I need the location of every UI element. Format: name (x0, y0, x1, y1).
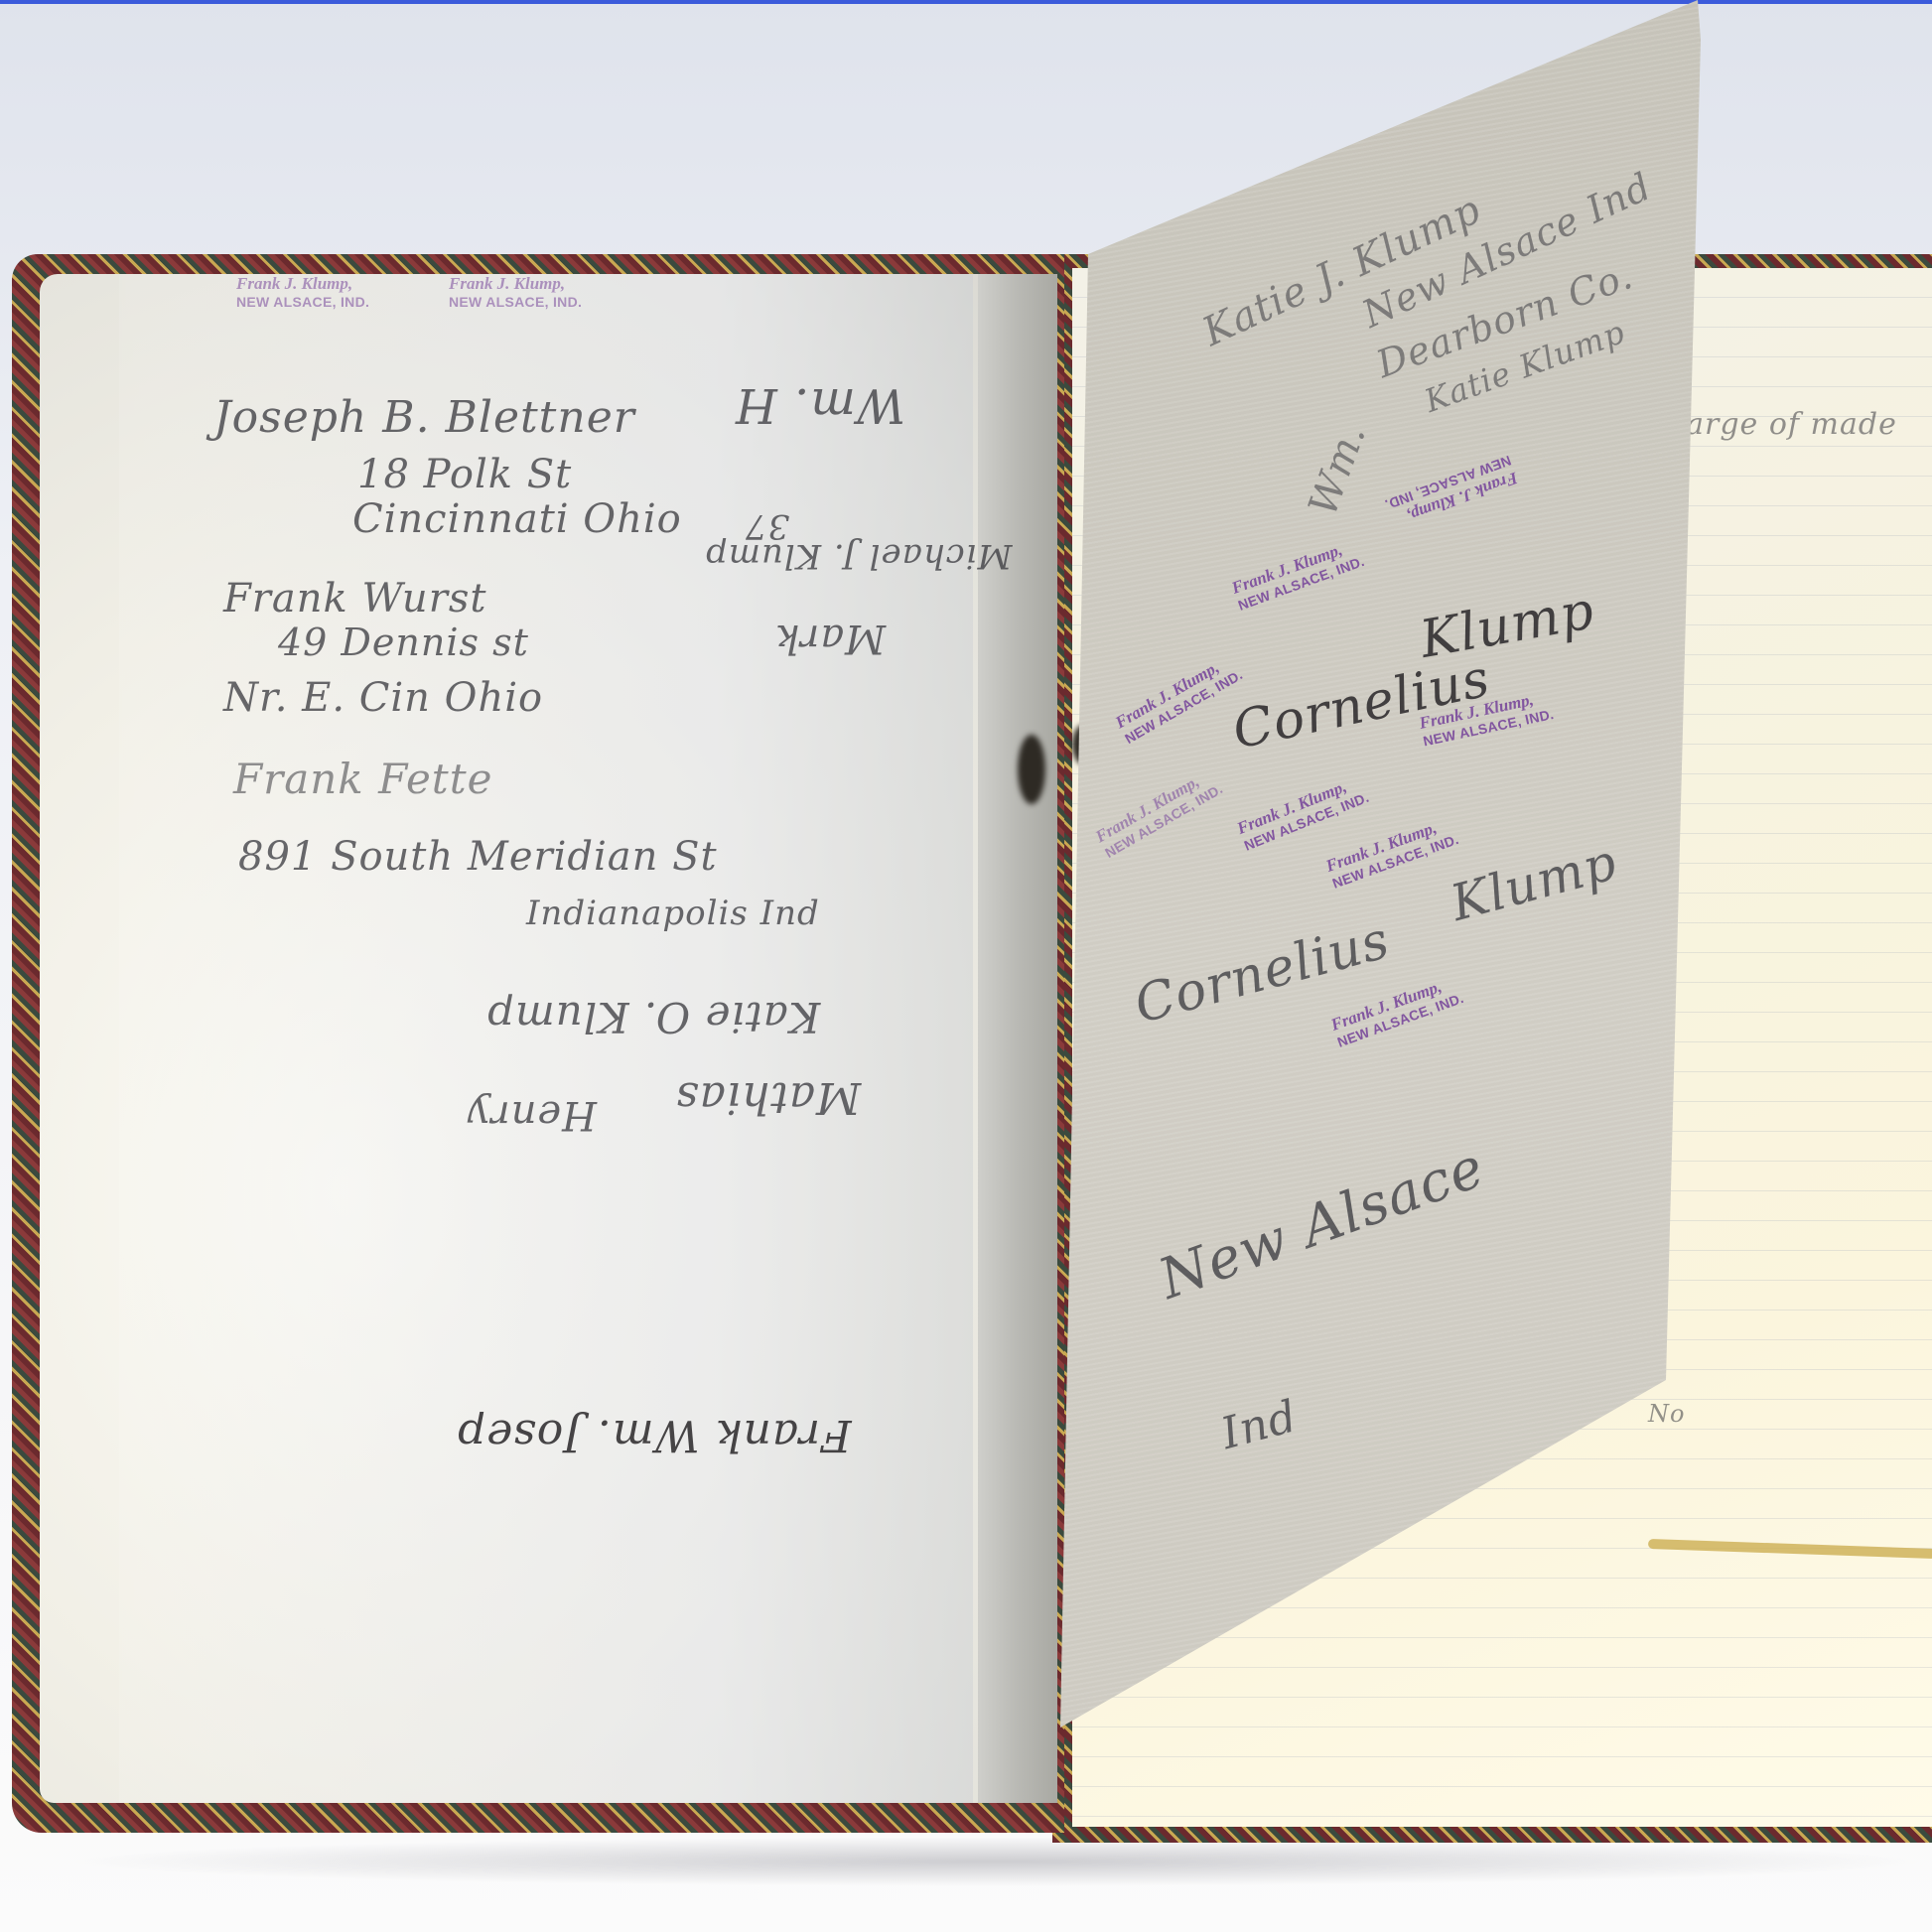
upside-down-signature: Frank Wm. Josep (457, 1410, 852, 1460)
handwritten-entry: Frank Wurst (223, 576, 486, 621)
gutter-strip (978, 274, 1057, 1803)
stamp-left-2: Frank J. Klump, NEW ALSACE, IND. (449, 274, 582, 310)
handwritten-entry: Nr. E. Cin Ohio (223, 675, 543, 721)
handwritten-entry: 18 Polk St (357, 452, 572, 497)
upside-down-signature: Mathias (675, 1072, 861, 1123)
upside-down-signature: Katie O. Klump (486, 993, 820, 1041)
stamp-left-1: Frank J. Klump, NEW ALSACE, IND. (236, 274, 369, 310)
handwritten-entry: Frank Fette (233, 755, 492, 803)
book-shadow (60, 1837, 1932, 1886)
upside-down-signature: Mark (774, 616, 886, 661)
upside-down-signature: Henry (467, 1092, 597, 1138)
handwritten-entry: 891 South Meridian St (238, 834, 718, 880)
top-border-stripe (0, 0, 1932, 4)
upside-down-signature: Wm. H (735, 377, 905, 433)
right-page-margin-mark: No (1648, 1400, 1685, 1428)
upside-down-signature: Michael J. Klump (705, 536, 1012, 576)
handwritten-entry: 49 Dennis st (278, 621, 529, 664)
handwritten-entry: Indianapolis Ind (526, 894, 820, 933)
handwritten-entry: Cincinnati Ohio (352, 496, 682, 542)
ink-blot (1018, 735, 1045, 804)
handwritten-entry: Joseph B. Blettner (213, 392, 635, 443)
